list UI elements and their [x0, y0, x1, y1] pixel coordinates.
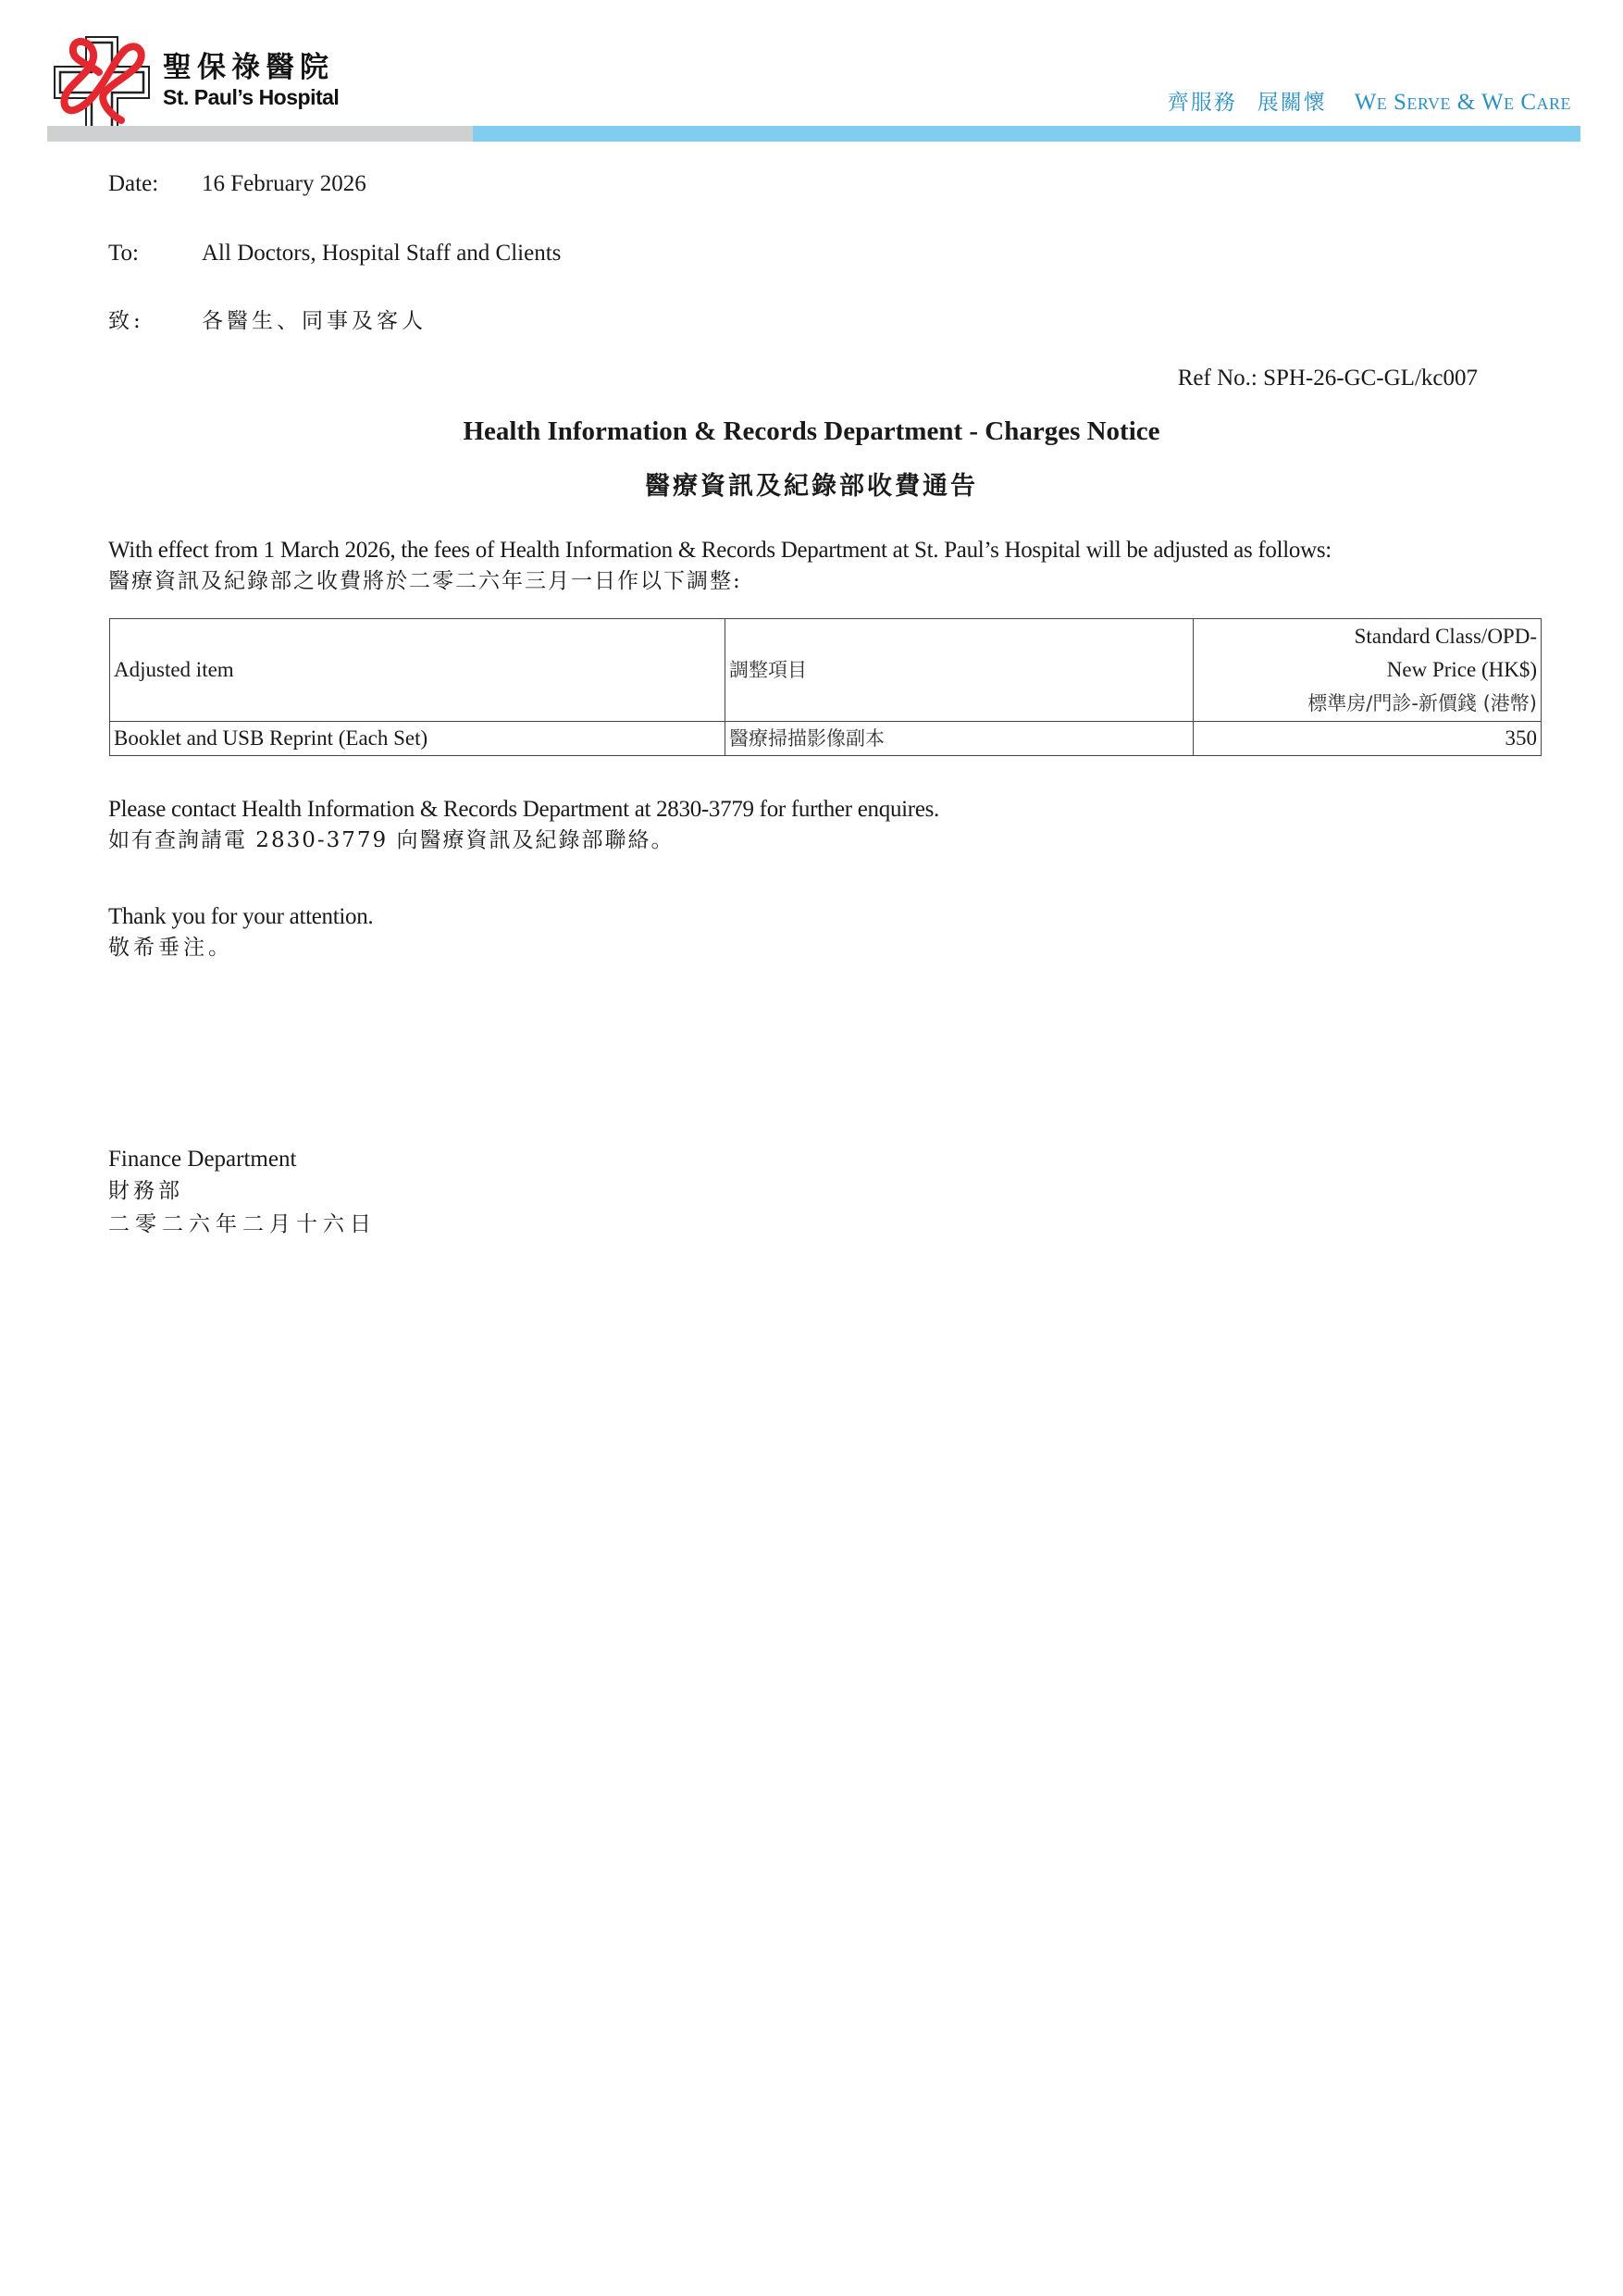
slogan-cn-1: 齊服務	[1168, 91, 1237, 115]
closing-chinese: 敬希垂注。	[108, 937, 233, 959]
row-item-en: Booklet and USB Reprint (Each Set)	[110, 722, 725, 756]
date-label: Date:	[108, 172, 158, 195]
header-item-en: Adjusted item	[110, 619, 725, 722]
to-cn-value: 各醫生、同事及客人	[202, 311, 427, 332]
header-bar-blue	[473, 126, 1580, 142]
header-item-cn: 調整項目	[725, 619, 1194, 722]
reference-number: Ref No.: SPH-26-GC-GL/kc007	[1178, 366, 1478, 390]
header-bar-grey	[47, 126, 473, 142]
table-row: Booklet and USB Reprint (Each Set) 醫療掃描影…	[110, 722, 1542, 756]
contact-chinese: 如有查詢請電 2830-3779 向醫療資訊及紀錄部聯絡。	[108, 830, 674, 851]
brand-name-english: St. Paul’s Hospital	[163, 87, 339, 108]
header-price-line2: New Price (HK$)	[1197, 653, 1537, 687]
header-price-line3: 標準房/門診-新價錢 (港幣)	[1197, 687, 1537, 720]
header-price-line1: Standard Class/OPD-	[1197, 620, 1537, 653]
notice-title-chinese: 醫療資訊及紀錄部收費通告	[0, 465, 1623, 502]
brand-name-chinese: 聖保祿醫院	[163, 54, 334, 82]
to-value: All Doctors, Hospital Staff and Clients	[202, 242, 561, 265]
table-header-row: Adjusted item 調整項目 Standard Class/OPD- N…	[110, 619, 1542, 722]
hospital-logo-icon	[51, 35, 153, 135]
date-value: 16 February 2026	[202, 172, 366, 195]
intro-english: With effect from 1 March 2026, the fees …	[108, 539, 1332, 562]
contact-english: Please contact Health Information & Reco…	[108, 798, 939, 821]
signature-dept-cn: 財務部	[108, 1181, 183, 1202]
signature-dept-en: Finance Department	[108, 1148, 296, 1171]
signature-date-cn: 二零二六年二月十六日	[108, 1214, 377, 1235]
fee-table: Adjusted item 調整項目 Standard Class/OPD- N…	[109, 618, 1542, 756]
intro-chinese: 醫療資訊及紀錄部之收費將於二零二六年三月一日作以下調整:	[108, 571, 742, 592]
row-item-cn: 醫療掃描影像副本	[725, 722, 1194, 756]
closing-english: Thank you for your attention.	[108, 905, 373, 928]
to-cn-label: 致:	[108, 311, 144, 332]
slogan: 齊服務展關懷We Serve & We Care	[1168, 91, 1571, 114]
notice-title-english: Health Information & Records Department …	[0, 416, 1623, 447]
row-price: 350	[1194, 722, 1542, 756]
to-label: To:	[108, 242, 139, 265]
header-price: Standard Class/OPD- New Price (HK$) 標準房/…	[1194, 619, 1542, 722]
slogan-en: We Serve & We Care	[1355, 90, 1571, 115]
slogan-cn-2: 展關懷	[1258, 91, 1327, 115]
